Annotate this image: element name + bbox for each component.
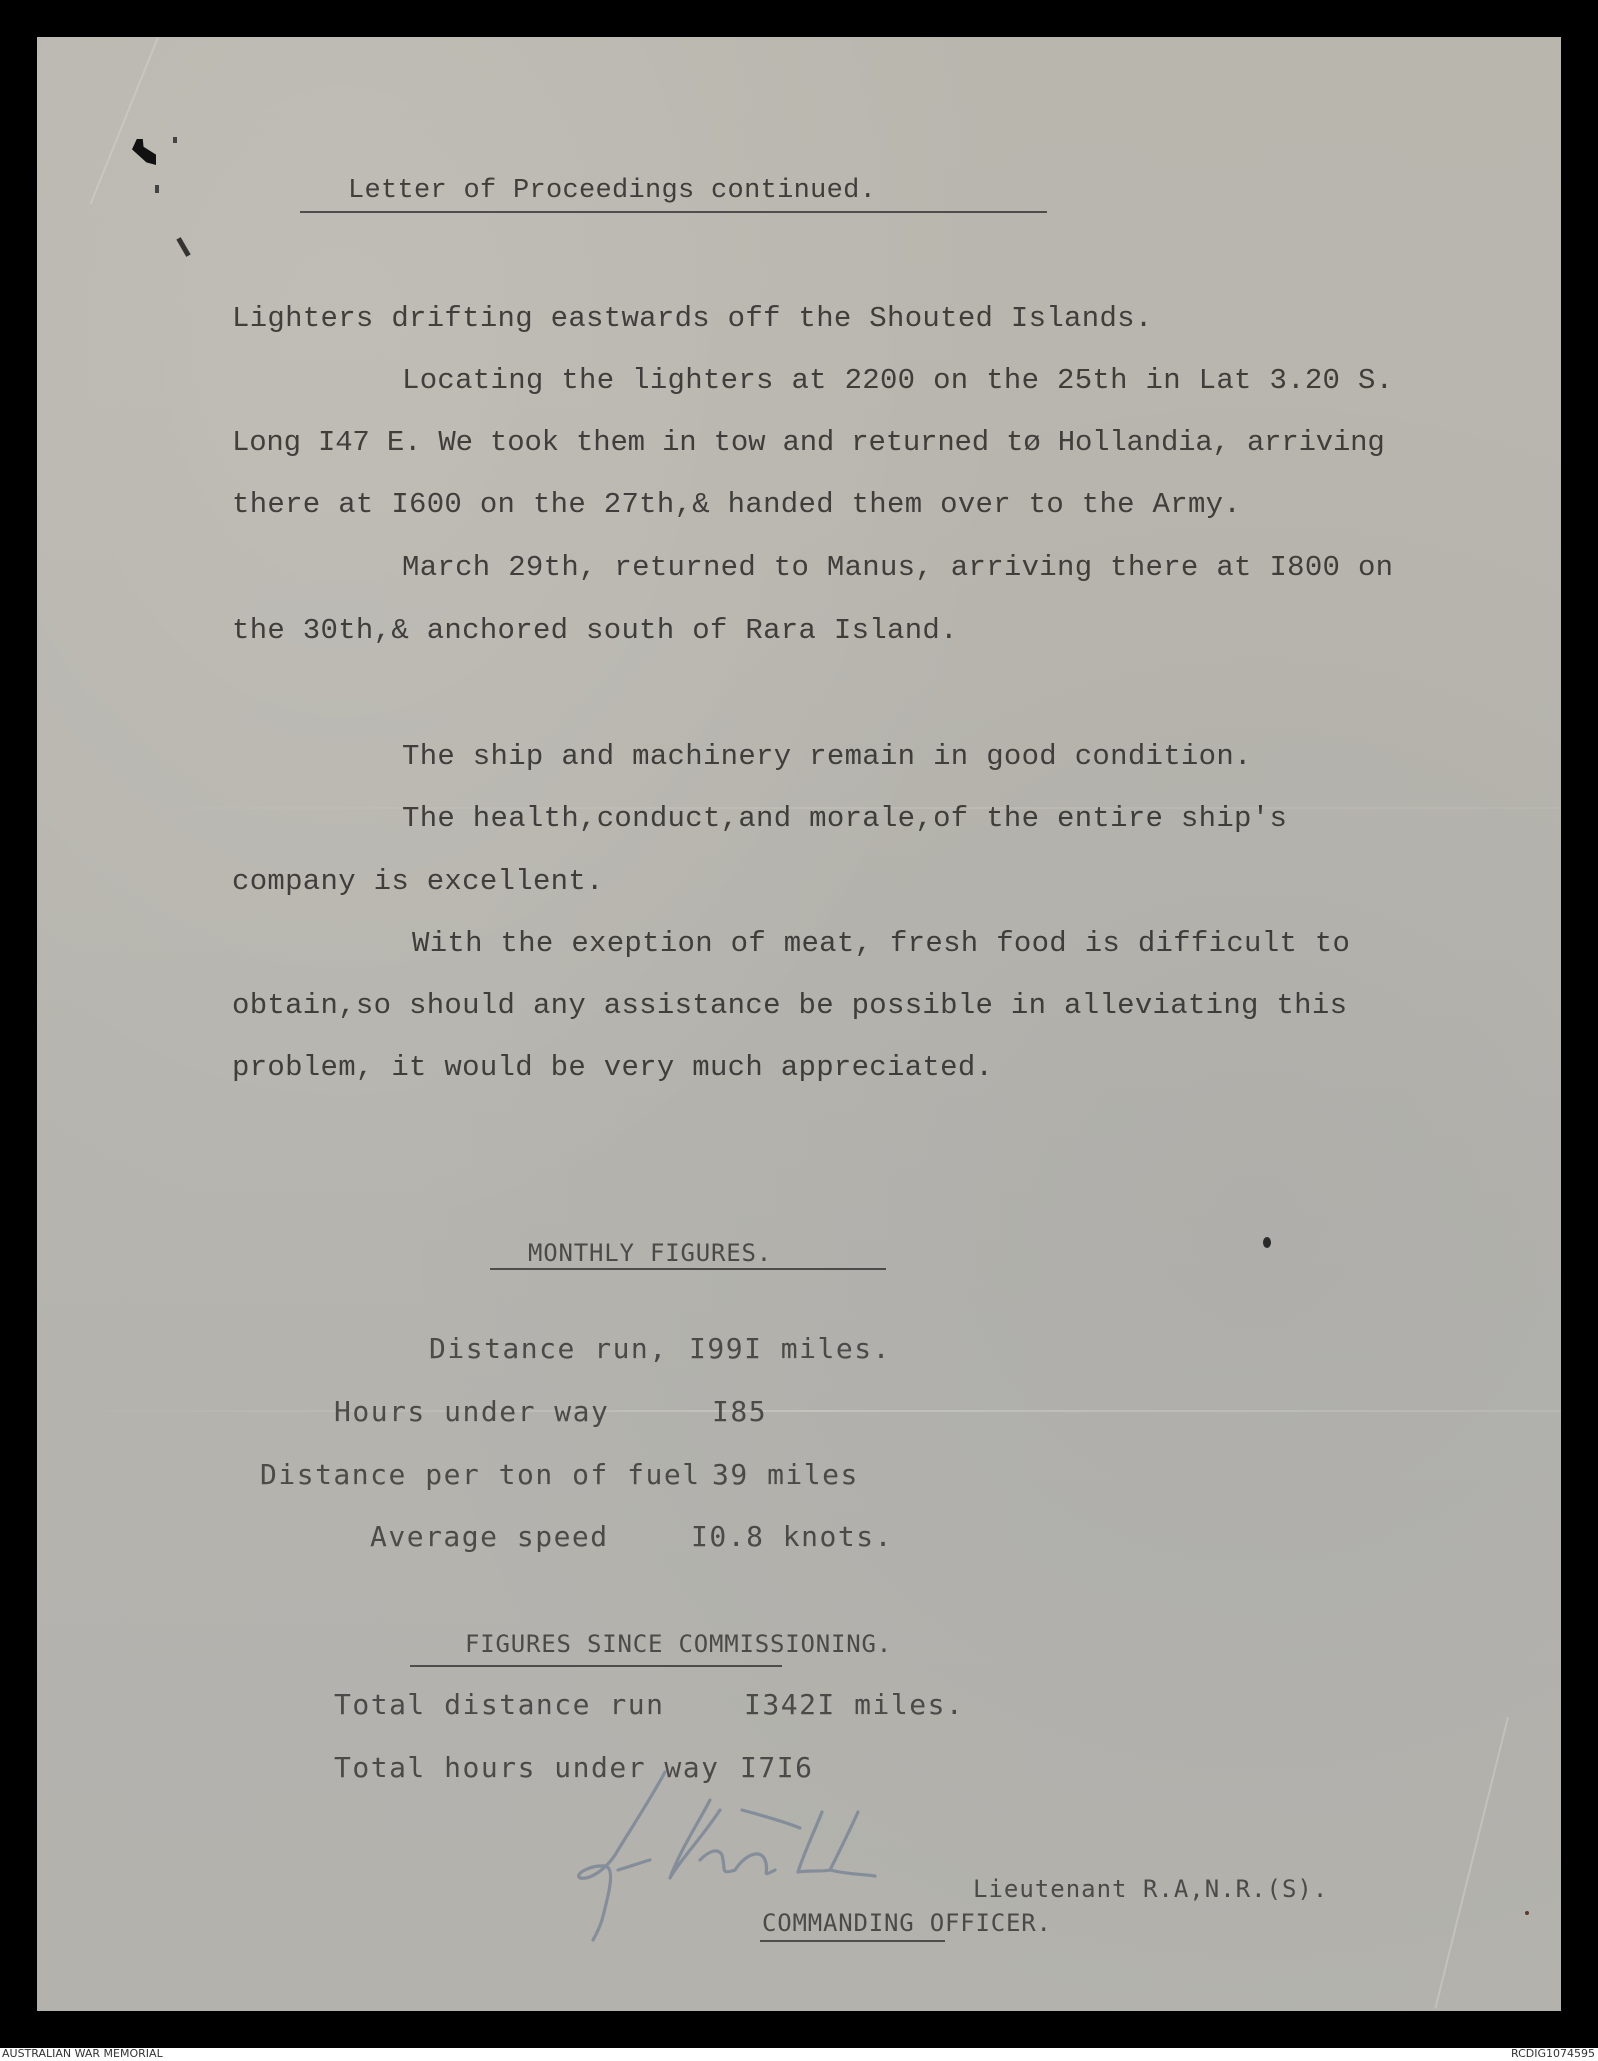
paper-tear <box>173 137 177 143</box>
body-line: the 30th,& anchored south of Rara Island… <box>232 616 958 645</box>
body-line: company is excellent. <box>232 867 604 896</box>
horizontal-fold <box>37 1410 1561 1412</box>
commissioning-row-label: Total distance run <box>334 1691 664 1719</box>
archive-footer: AUSTRALIAN WAR MEMORIAL RCDIG1074595 <box>0 2048 1598 2061</box>
monthly-figures-title: MONTHLY FIGURES. <box>528 1241 772 1265</box>
monthly-row-label: Average speed <box>370 1523 609 1551</box>
body-line: With the exeption of meat, fresh food is… <box>412 929 1350 958</box>
paper-tear <box>176 237 190 257</box>
monthly-row-label: Hours under way <box>334 1398 609 1426</box>
ink-spot <box>1263 1237 1271 1248</box>
diagonal-crease <box>1434 1717 1509 2009</box>
document-page: Letter of Proceedings continued. Lighter… <box>37 37 1561 2011</box>
monthly-row-value: I0.8 knots. <box>691 1523 893 1551</box>
body-line: Long I47 E. We took them in tow and retu… <box>232 428 1385 457</box>
body-line: Locating the lighters at 2200 on the 25t… <box>402 366 1393 395</box>
footer-institution: AUSTRALIAN WAR MEMORIAL <box>2 2047 163 2061</box>
page-heading: Letter of Proceedings continued. <box>348 178 876 205</box>
body-line: problem, it would be very much appreciat… <box>232 1053 993 1082</box>
officer-rank: Lieutenant R.A,N.R.(S). <box>973 1877 1328 1901</box>
monthly-row-value: I99I miles. <box>689 1335 891 1363</box>
body-line: obtain,so should any assistance be possi… <box>232 991 1347 1020</box>
monthly-figures-underline <box>490 1268 886 1270</box>
commissioning-row-value: I342I miles. <box>744 1691 964 1719</box>
body-line: Lighters drifting eastwards off the Shou… <box>232 304 1153 333</box>
paper-tear <box>132 139 156 165</box>
footer-record-id: RCDIG1074595 <box>1511 2047 1595 2061</box>
commissioning-underline <box>410 1665 782 1667</box>
body-line: March 29th, returned to Manus, arriving … <box>402 553 1393 582</box>
commissioning-title: FIGURES SINCE COMMISSIONING. <box>465 1632 892 1656</box>
paper-tear <box>155 185 159 193</box>
body-line: there at I600 on the 27th,& handed them … <box>232 490 1241 519</box>
handwritten-signature <box>560 1770 890 1945</box>
monthly-row-label: Distance per ton of fuel <box>260 1461 701 1489</box>
monthly-row-value: 39 miles <box>712 1461 859 1489</box>
monthly-row-label: Distance run, <box>429 1335 668 1363</box>
ink-spot <box>1525 1911 1529 1915</box>
monthly-row-value: I85 <box>712 1398 767 1426</box>
body-line: The health,conduct,and morale,of the ent… <box>402 804 1287 833</box>
diagonal-crease <box>90 37 159 205</box>
heading-underline <box>300 211 1047 213</box>
body-line: The ship and machinery remain in good co… <box>402 742 1252 771</box>
